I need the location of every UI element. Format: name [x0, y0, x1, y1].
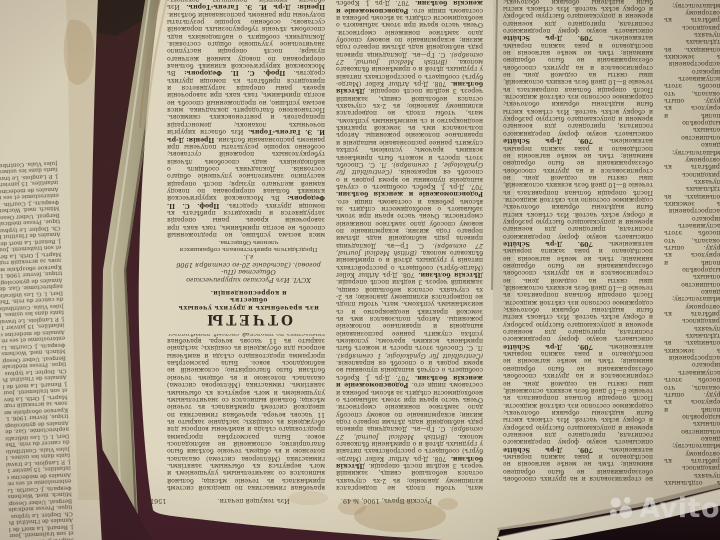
avito-watermark-label: Avito	[639, 493, 720, 524]
journal-name: Русскій Врачъ, 1906, № 49.	[341, 497, 432, 505]
page-running-head: Русскій Врачъ, 1906, № 49. Изъ текущей п…	[150, 492, 484, 510]
report-item-line1: XCVI. Изъ Русскаго хирургическаго Общест…	[172, 268, 325, 284]
avito-logo-icon	[608, 492, 634, 524]
otchety-section-heading: ОТЧЕТЫ изъ врачебныхъ и другихъ ученыхъ …	[172, 238, 325, 332]
marketplace-photo-old-journal: Мартъ. J. Orth. La fièvre typhoïdeet son…	[0, 0, 720, 540]
meeting-note: Предсѣдатель привѣтствовалъ собравшихся …	[172, 238, 325, 252]
section-subtitle-line1: изъ врачебныхъ и другихъ ученыхъ обществ…	[172, 296, 325, 311]
column-c-text: не стерилизовался и на другихъ способовъ…	[503, 0, 653, 482]
running-title: Изъ текущей печати.	[218, 497, 290, 505]
section-subtitle-line2: и корреспонденціи.	[172, 288, 325, 296]
report-item-line2: рогова). (Засѣданіе 20-го сентября 1906 …	[172, 252, 325, 268]
column-d-text: въ отдѣльныхъ случаяхъ приходилось прибѣ…	[664, 0, 720, 486]
column-a-bottom-text: врачебная гимнастика по шведской системѣ…	[167, 334, 325, 491]
avito-watermark: Avito	[608, 487, 720, 529]
column-a-top-text: мися весьма успѣшно, но предложенный спо…	[167, 0, 325, 238]
loose-page-stain-top	[64, 20, 95, 85]
page-number: 1561	[150, 497, 166, 505]
section-title: ОТЧЕТЫ	[172, 311, 325, 327]
column-b-text: мать, чтобы плодъ не подвергался излишне…	[336, 0, 483, 491]
